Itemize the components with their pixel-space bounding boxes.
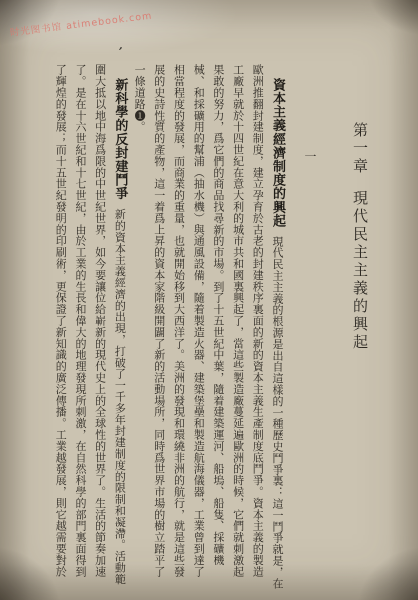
text-column: 械、和採礦用的幫浦（抽水機）與通風設備，隨着製造火器、建築堡壘和製造航海儀器，工… <box>188 64 208 588</box>
section-heading: 資本主義經濟制度的興起 <box>270 78 285 228</box>
text-column: 新科學的反封建鬥爭新的資本主義經濟的出現，打破了一千多年封建制度的限制和凝滯。活… <box>110 64 130 588</box>
text-column: 了輝煌的發展；而十五世紀發明的印刷術，更保證了新知識的廣泛傳播。工業越發展，則它… <box>51 64 71 588</box>
column-text: 了輝煌的發展；而十五世紀發明的印刷術，更保證了新知識的廣泛傳播。工業越發展，則它… <box>54 64 67 577</box>
page-number: 一 <box>302 150 319 162</box>
chapter-title: 第一章現代民主主義的興起 <box>350 122 371 352</box>
watermark: 时光图书馆 atimebook.com <box>9 8 153 39</box>
text-column: 資本主義經濟制度的興起現代民主主義的根源是出自這樣的一種歷史鬥爭裏：這一鬥爭就是… <box>267 64 287 588</box>
column-text: 新的資本主義經濟的出現，打破了一千多年封建制度的限制和凝滯。活動範 <box>113 208 126 584</box>
text-column: 展的史詩性質的產物，這一着爲上昇的資本家階級開闢了新的活動場所，同時爲世界市場的… <box>149 64 169 588</box>
ink-mark: ’ <box>117 45 123 59</box>
text-column: 工廠早就於十四世紀在意大利的城市共和國裏興起了，當這些製造廠蔓延遍歐洲的時候，它… <box>228 64 248 588</box>
column-text: 工廠早就於十四世紀在意大利的城市共和國裏興起了，當這些製造廠蔓延遍歐洲的時候，它… <box>232 64 245 577</box>
column-text: 械、和採礦用的幫浦（抽水機）與通風設備，隨着製造火器、建築堡壘和製造航海儀器，工… <box>192 64 205 577</box>
column-text: 現代民主主義的根源是出自這樣的一種歷史鬥爭裏：這一鬥爭就是，在 <box>271 236 284 589</box>
column-text: 圍大抵以地中海爲限的中世紀世界，如今要讓位給嶄新的現代史上的全球性的世界了。生活… <box>94 64 107 577</box>
column-text: 果敢的努力，爲它們的商品找尋新的市場。到了十五世紀中葉，隨着建築運河、船塢、船隻… <box>212 64 225 566</box>
text-column: 果敢的努力，爲它們的商品找尋新的市場。到了十五世紀中葉，隨着建築運河、船塢、船隻… <box>208 64 228 588</box>
column-text: 展的史詩性質的產物，這一着爲上昇的資本家階級開闢了新的活動場所，同時爲世界市場的… <box>153 64 166 577</box>
chapter-name: 現代民主主義的興起 <box>351 190 369 352</box>
page-body: 資本主義經濟制度的興起現代民主主義的根源是出自這樣的一種歷史鬥爭裏：這一鬥爭就是… <box>51 64 287 588</box>
column-text: 了。是在十六世紀和十七世紀，由於工業的生長和偉大的地理發現所刺激，在自然科學的部… <box>74 64 87 577</box>
column-text: 相當程度的發展，而商業的重量，也就開始移到大西洋了。美洲的發現和環繞非洲的航行，… <box>172 64 185 577</box>
section-heading: 新科學的反封建鬥爭 <box>112 78 127 200</box>
text-column: 歐洲推翻封建制度，建立孕育於古老的封建秩序裏面的新的資本主義生產制度底鬥爭。資本… <box>248 64 268 588</box>
text-column: 相當程度的發展，而商業的重量，也就開始移到大西洋了。美洲的發現和環繞非洲的航行，… <box>169 64 189 588</box>
chapter-number: 第一章 <box>351 122 369 176</box>
text-column: 圍大抵以地中海爲限的中世紀世界，如今要讓位給嶄新的現代史上的全球性的世界了。生活… <box>90 64 110 588</box>
text-column: 了。是在十六世紀和十七世紀，由於工業的生長和偉大的地理發現所刺激，在自然科學的部… <box>70 64 90 588</box>
column-text: 歐洲推翻封建制度，建立孕育於古老的封建秩序裏面的新的資本主義生產制度底鬥爭。資本… <box>251 64 264 577</box>
text-column: 一條道路❶。 <box>129 64 149 588</box>
column-text: 一條道路❶。 <box>133 64 146 132</box>
